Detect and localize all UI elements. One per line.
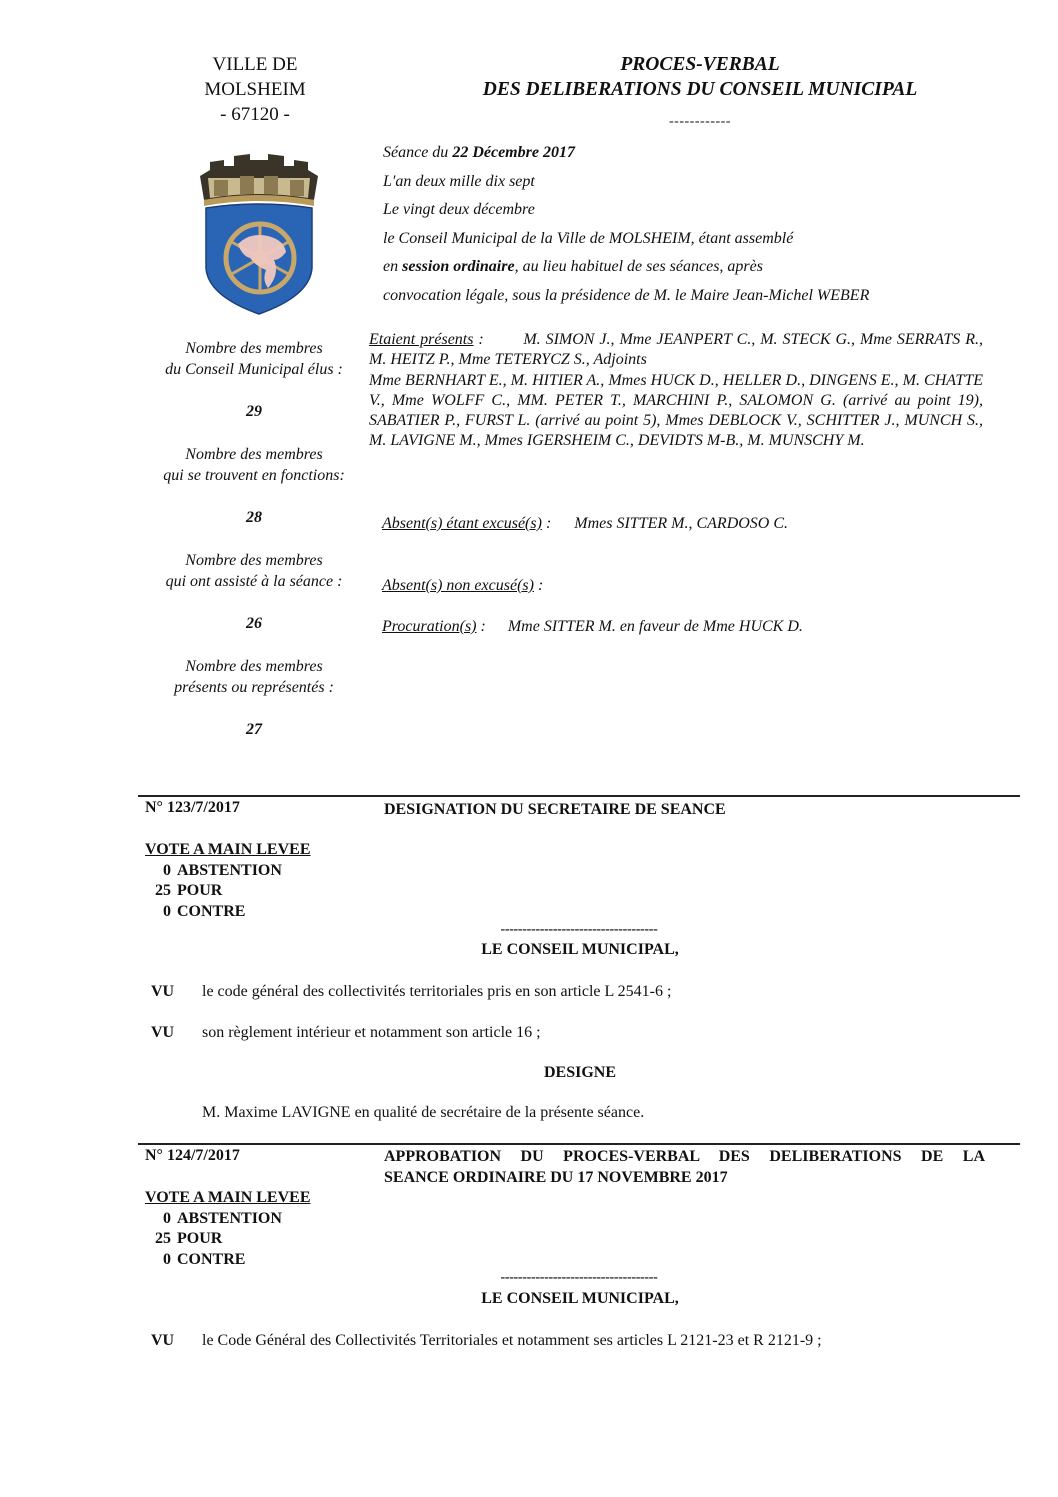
stat-in-office: Nombre des membres qui se trouvent en fo… (145, 444, 363, 528)
council-heading: LE CONSEIL MUNICIPAL, (380, 1290, 780, 1308)
stat-elected: Nombre des membres du Conseil Municipal … (145, 338, 363, 422)
vote-row-contre: 0CONTRE (145, 902, 311, 923)
vote-results: VOTE A MAIN LEVEE 0ABSTENTION 25POUR 0CO… (145, 840, 311, 922)
section-divider (138, 1143, 1020, 1145)
stat-value: 26 (145, 613, 363, 634)
vu-text: son règlement intérieur et notamment son… (202, 1024, 541, 1042)
session-date: 22 Décembre 2017 (452, 144, 575, 161)
title-separator: ------------ (600, 114, 800, 130)
vote-results: VOTE A MAIN LEVEE 0ABSTENTION 25POUR 0CO… (145, 1188, 311, 1270)
proxy-label: Procuration(s) (382, 618, 477, 635)
stat-value: 29 (145, 401, 363, 422)
unexcused-absences: Absent(s) non excusé(s) : (382, 577, 543, 595)
vu-key: VU (151, 1332, 174, 1350)
session-type: session ordinaire (402, 258, 514, 275)
vote-row-abstention: 0ABSTENTION (145, 861, 311, 882)
vu-text: le code général des collectivités territ… (202, 983, 671, 1001)
proxy-value: Mme SITTER M. en faveur de Mme HUCK D. (508, 618, 803, 635)
deliberation-title: DESIGNATION DU SECRETAIRE DE SEANCE (384, 799, 985, 820)
session-date-line: Séance du 22 Décembre 2017 (383, 139, 869, 168)
unexcused-label: Absent(s) non excusé(s) (382, 577, 534, 594)
session-assembly-line: le Conseil Municipal de la Ville de MOLS… (383, 225, 869, 254)
proxies: Procuration(s) :Mme SITTER M. en faveur … (382, 618, 803, 636)
deliberation-number: N° 123/7/2017 (145, 799, 240, 817)
decision-text: M. Maxime LAVIGNE en qualité de secrétai… (202, 1104, 644, 1122)
stat-value: 27 (145, 719, 363, 740)
section-divider (138, 795, 1020, 797)
decision-separator: ------------------------------------ (469, 1270, 689, 1286)
vote-heading: VOTE A MAIN LEVEE (145, 840, 311, 861)
town-postcode: - 67120 - (170, 102, 340, 127)
excused-absences: Absent(s) étant excusé(s) :Mmes SITTER M… (382, 515, 788, 533)
session-day-line: Le vingt deux décembre (383, 196, 869, 225)
session-type-line: en session ordinaire, au lieu habituel d… (383, 253, 869, 282)
town-line: VILLE DE (170, 52, 340, 77)
deliberation-number: N° 124/7/2017 (145, 1147, 240, 1165)
session-year-line: L'an deux mille dix sept (383, 168, 869, 197)
town-line: MOLSHEIM (170, 77, 340, 102)
excused-label: Absent(s) étant excusé(s) (382, 515, 542, 532)
present-members: Etaient présents : M. SIMON J., Mme JEAN… (369, 330, 983, 452)
vu-text: le Code Général des Collectivités Territ… (202, 1332, 822, 1350)
stat-present-or-represented: Nombre des membres présents ou représent… (145, 656, 363, 740)
coat-of-arms-icon (194, 148, 324, 316)
stat-value: 28 (145, 507, 363, 528)
vote-row-pour: 25POUR (145, 881, 311, 902)
deliberation-title-line1: APPROBATION DU PROCES-VERBAL DES DELIBER… (384, 1146, 985, 1167)
deliberation-title-line2: SEANCE ORDINAIRE DU 17 NOVEMBRE 2017 (384, 1167, 985, 1188)
present-label: Etaient présents (369, 331, 473, 348)
document-title: PROCES-VERBAL DES DELIBERATIONS DU CONSE… (400, 52, 1000, 102)
document-title-line1: PROCES-VERBAL (400, 52, 1000, 77)
vote-row-abstention: 0ABSTENTION (145, 1209, 311, 1230)
council-heading: LE CONSEIL MUNICIPAL, (380, 941, 780, 959)
deliberation-title: APPROBATION DU PROCES-VERBAL DES DELIBER… (384, 1146, 985, 1188)
excused-value: Mmes SITTER M., CARDOSO C. (574, 515, 788, 532)
session-intro: Séance du 22 Décembre 2017 L'an deux mil… (383, 139, 869, 311)
decision-heading: DESIGNE (480, 1064, 680, 1082)
stat-attended: Nombre des membres qui ont assisté à la … (145, 550, 363, 634)
vote-row-pour: 25POUR (145, 1229, 311, 1250)
vu-key: VU (151, 1024, 174, 1042)
member-stats: Nombre des membres du Conseil Municipal … (145, 338, 363, 762)
vote-row-contre: 0CONTRE (145, 1250, 311, 1271)
session-president-line: convocation légale, sous la présidence d… (383, 282, 869, 311)
vote-heading: VOTE A MAIN LEVEE (145, 1188, 311, 1209)
vu-key: VU (151, 983, 174, 1001)
decision-separator: ------------------------------------ (469, 922, 689, 938)
present-councillors: Mme BERNHART E., M. HITIER A., Mmes HUCK… (369, 372, 983, 450)
town-name: VILLE DE MOLSHEIM - 67120 - (170, 52, 340, 127)
document-title-line2: DES DELIBERATIONS DU CONSEIL MUNICIPAL (400, 77, 1000, 102)
